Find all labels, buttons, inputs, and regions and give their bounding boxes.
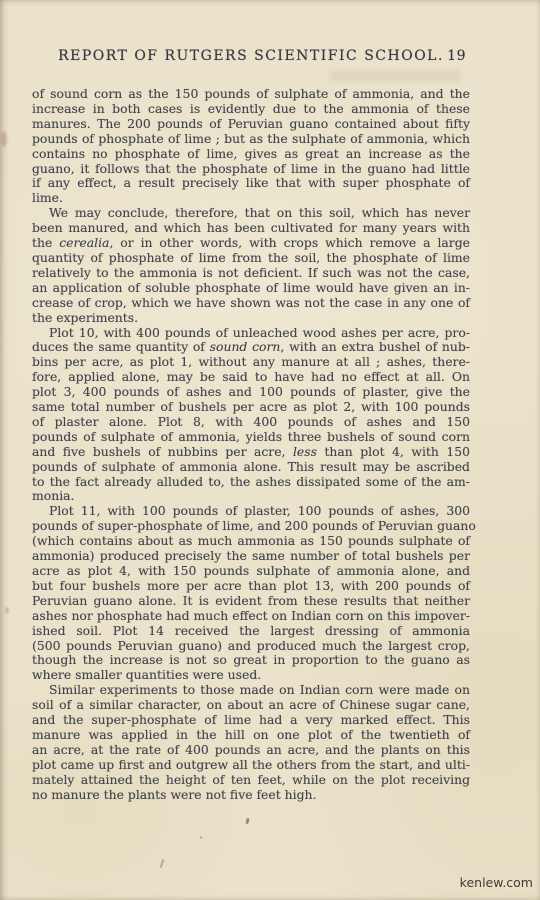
text-line: quantity of phosphate of lime from the s… [32,251,470,266]
text-line: and the super-phosphate of lime had a ve… [32,713,470,728]
text-line: where smaller quantities were used. [32,668,470,683]
text-line: contains no phosphate of lime, gives as … [32,147,470,162]
paragraph: Plot 11, with 100 pounds of plaster, 100… [32,504,470,683]
text-line: crease of crop, which we have shown was … [32,296,470,311]
text-line: to the fact already alluded to, the ashe… [32,475,470,490]
text-line: monia. [32,489,470,504]
text-line: the cerealia, or in other words, with cr… [32,236,470,251]
text-line: pounds of sulphate of ammonia, yields th… [32,430,470,445]
text-line: ammonia) produced precisely the same num… [32,549,470,564]
text-line: been manured, and which has been cultiva… [32,221,470,236]
text-line: relatively to the ammonia is not deficie… [32,266,470,281]
text-line: (500 pounds Peruvian guano) and produced… [32,639,470,654]
paper-speck [200,836,202,839]
page-number: 19 [447,48,466,64]
text-line: acre as plot 4, with 150 pounds sulphate… [32,564,470,579]
running-title: REPORT OF RUTGERS SCIENTIFIC SCHOOL. [58,48,444,64]
text-line: duces the same quantity of sound corn, w… [32,340,470,355]
text-line: We may conclude, therefore, that on this… [32,206,470,221]
text-line: plot 3, 400 pounds of ashes and 100 poun… [32,385,470,400]
paragraph: Similar experiments to those made on Ind… [32,683,470,802]
paragraph: We may conclude, therefore, that on this… [32,206,470,325]
paper-speck [5,607,9,614]
text-line: pounds of phosphate of lime ; but as the… [32,132,470,147]
text-line: fore, applied alone, may be said to have… [32,370,470,385]
text-line: manure was applied in the hill on one pl… [32,728,470,743]
paper-speck [1,131,7,147]
text-line: ished soil. Plot 14 received the largest… [32,624,470,639]
text-line: Peruvian guano alone. It is evident from… [32,594,470,609]
text-line: if any effect, a result precisely like t… [32,176,470,191]
text-line: ashes nor phosphate had much effect on I… [32,609,470,624]
text-line: pounds of super-phosphate of lime, and 2… [32,519,470,534]
page-header: REPORT OF RUTGERS SCIENTIFIC SCHOOL. 19 [32,48,470,66]
text-line: mately attained the height of ten feet, … [32,773,470,788]
text-line: pounds of sulphate of ammonia alone. Thi… [32,460,470,475]
text-line: (which contains about as much ammonia as… [32,534,470,549]
text-line: of sound corn as the 150 pounds of sulph… [32,87,470,102]
paper-speck [245,818,249,825]
text-line: plot came up first and outgrew all the o… [32,758,470,773]
text-line: and five bushels of nubbins per acre, le… [32,445,470,460]
page-body: of sound corn as the 150 pounds of sulph… [32,87,470,803]
book-page: REPORT OF RUTGERS SCIENTIFIC SCHOOL. 19 … [0,0,540,900]
paper-speck [160,859,165,868]
text-line: of plaster alone. Plot 8, with 400 pound… [32,415,470,430]
text-line: soil of a similar character, on about an… [32,698,470,713]
text-line: bins per acre, as plot 1, without any ma… [32,355,470,370]
watermark: kenlew.com [460,875,533,890]
text-line: an application of soluble phosphate of l… [32,281,470,296]
ink-bleedthrough-smudge [330,70,460,82]
text-line: but four bushels more per acre than plot… [32,579,470,594]
text-line: Similar experiments to those made on Ind… [32,683,470,698]
text-line: no manure the plants were not five feet … [32,788,470,803]
text-line: guano, it follows that the phosphate of … [32,162,470,177]
text-line: an acre, at the rate of 400 pounds an ac… [32,743,470,758]
text-line: Plot 10, with 400 pounds of unleached wo… [32,326,470,341]
text-line: lime. [32,191,470,206]
text-line: manures. The 200 pounds of Peruvian guan… [32,117,470,132]
text-line: the experiments. [32,311,470,326]
text-line: same total number of bushels per acre as… [32,400,470,415]
text-line: increase in both cases is evidently due … [32,102,470,117]
paragraph: Plot 10, with 400 pounds of unleached wo… [32,326,470,505]
text-line: Plot 11, with 100 pounds of plaster, 100… [32,504,470,519]
paragraph: of sound corn as the 150 pounds of sulph… [32,87,470,206]
text-line: though the increase is not so great in p… [32,653,470,668]
